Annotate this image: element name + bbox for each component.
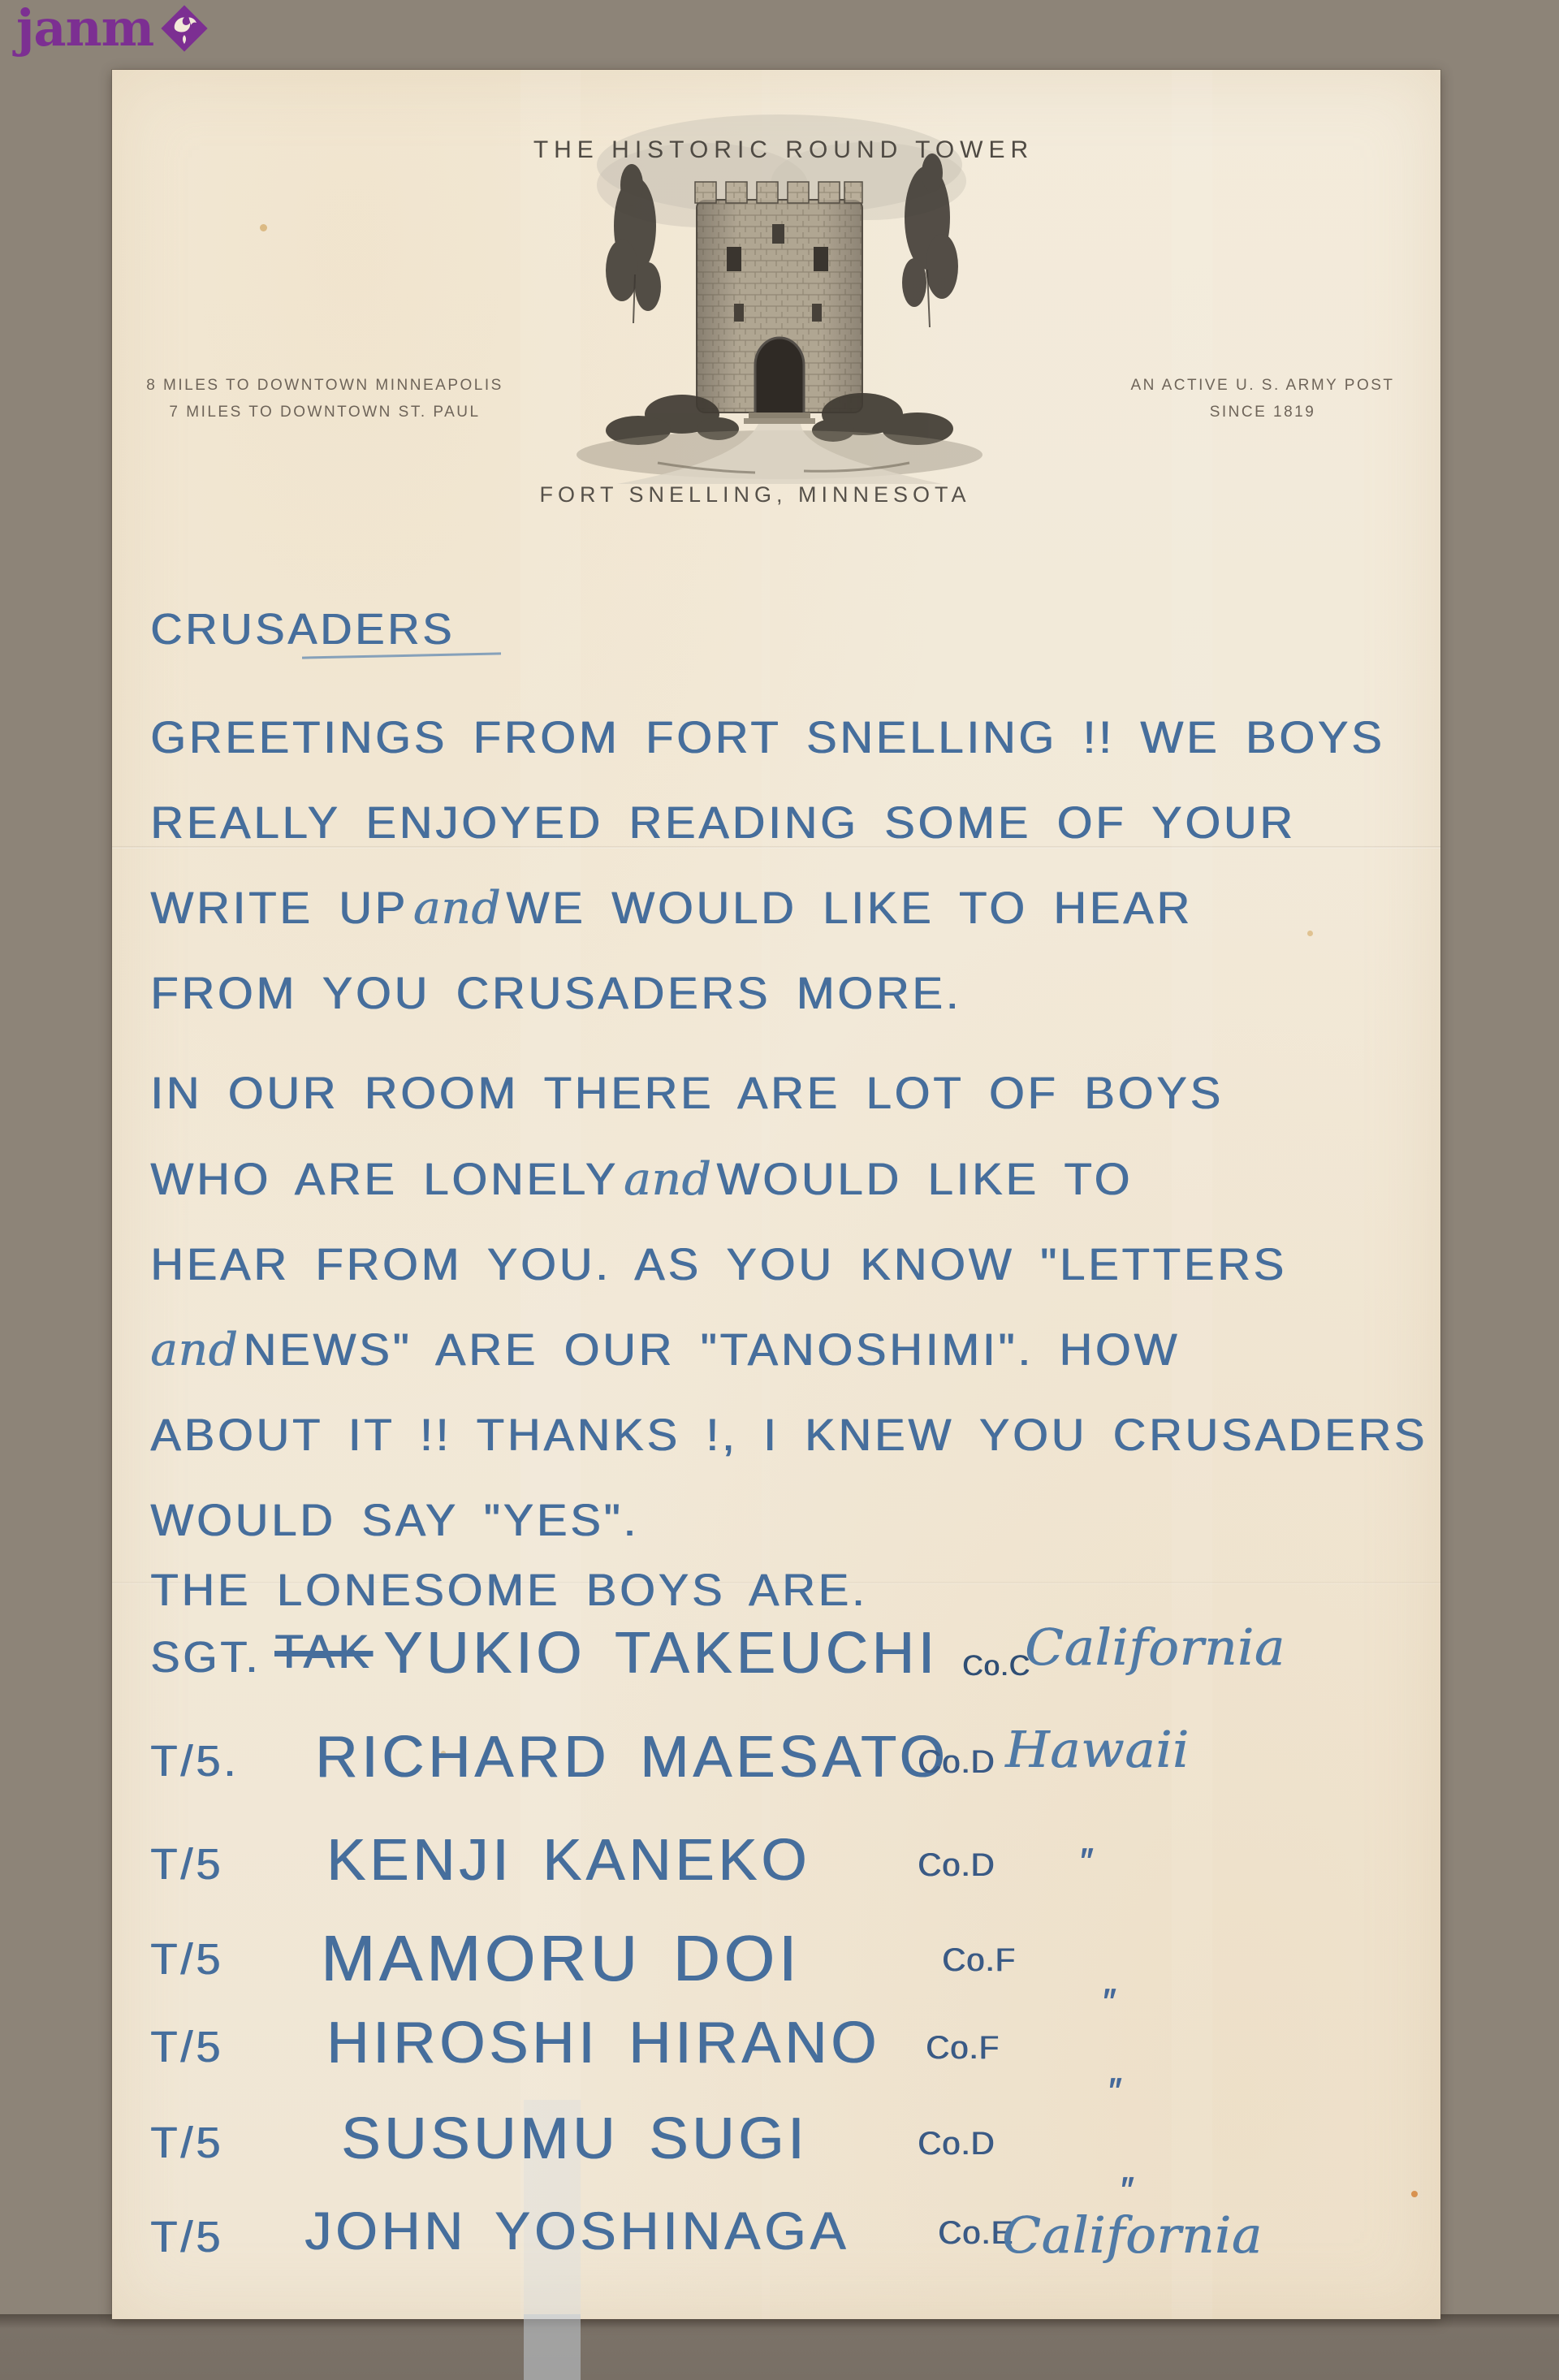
letter-line: ABOUT IT !! THANKS !, I KNEW YOU CRUSADE… xyxy=(150,1412,1427,1458)
roster-state-ditto: ″ xyxy=(1108,2072,1125,2110)
roster-company: Co.D xyxy=(918,2127,995,2160)
roster-state-ditto: ″ xyxy=(1103,1983,1119,2020)
roster-company: Co.C xyxy=(962,1652,1030,1680)
roster-row: T/5 JOHN YOSHINAGA Co.E California xyxy=(0,2204,1559,2306)
foxing-spot xyxy=(260,224,267,231)
janm-logo-text: janm xyxy=(16,3,153,54)
salutation: CRUSADERS xyxy=(150,607,455,651)
letterhead-armypost-line: SINCE 1819 xyxy=(1125,399,1401,425)
roster-company: Co.D xyxy=(918,1849,995,1881)
letter-line: WRITE UPandWE WOULD LIKE TO HEAR xyxy=(150,885,1193,931)
roster-state-ditto: ″ xyxy=(1080,1842,1096,1880)
janm-logo: janm xyxy=(16,3,209,54)
roster-state: California xyxy=(1002,2210,1263,2261)
roster-rank: T/5 xyxy=(150,1937,223,1981)
roster-rank: T/5. xyxy=(150,1739,239,1783)
letterhead-distance-line: 7 MILES TO DOWNTOWN ST. PAUL xyxy=(142,399,507,425)
letterhead-armypost-line: AN ACTIVE U. S. ARMY POST xyxy=(1125,372,1401,399)
roster-row: T/5 SUSUMU SUGI Co.D ″ xyxy=(0,2110,1559,2212)
tape-strip-below-paper xyxy=(524,2314,581,2380)
letterhead-title: THE HISTORIC ROUND TOWER xyxy=(503,136,1064,164)
roster-name: HIROSHI HIRANO xyxy=(326,2014,880,2072)
roster-state-ditto: ″ xyxy=(1121,2171,1137,2209)
letter-line: andNEWS" ARE OUR "TANOSHIMI". HOW xyxy=(150,1327,1180,1373)
roster-company: Co.D xyxy=(918,1746,995,1778)
roster-name: KENJI KANEKO xyxy=(326,1831,810,1890)
foxing-spot xyxy=(1307,931,1313,936)
roster-rank: T/5 xyxy=(150,1842,223,1886)
roster-rank: SGT. xyxy=(150,1635,261,1679)
letter-line: FROM YOU CRUSADERS MORE. xyxy=(150,970,961,1016)
roster-name: YUKIO TAKEUCHI xyxy=(383,1624,938,1682)
roster-struck-name: TAK xyxy=(274,1629,373,1676)
roster-rank: T/5 xyxy=(150,2121,223,2165)
roster-company: Co.F xyxy=(926,2032,1000,2064)
letter-line: GREETINGS FROM FORT SNELLING !! WE BOYS xyxy=(150,715,1384,760)
mat-bottom-shadow xyxy=(0,2314,1559,2380)
letter-line: THE LONESOME BOYS ARE. xyxy=(150,1567,867,1613)
roster-state: Hawaii xyxy=(1005,1725,1190,1775)
letter-line: IN OUR ROOM THERE ARE LOT OF BOYS xyxy=(150,1070,1224,1116)
roster-name: JOHN YOSHINAGA xyxy=(304,2204,849,2257)
letter-line: REALLY ENJOYED READING SOME OF YOUR xyxy=(150,800,1296,845)
roster-rank: T/5 xyxy=(150,2215,223,2259)
letter-line: WOULD SAY "YES". xyxy=(150,1497,639,1543)
letterhead-armypost-note: AN ACTIVE U. S. ARMY POST SINCE 1819 xyxy=(1125,372,1401,426)
roster-rank: T/5 xyxy=(150,2025,223,2069)
roster-row: T/5 KENJI KANEKO Co.D ″ xyxy=(0,1831,1559,1933)
scan-background: janm THE HISTORIC ROUND TOWER xyxy=(0,0,1559,2380)
letter-line: WHO ARE LONELYandWOULD LIKE TO xyxy=(150,1156,1133,1203)
letter-line: HEAR FROM YOU. AS YOU KNOW "LETTERS xyxy=(150,1242,1287,1287)
roster-row: SGT. TAK YUKIO TAKEUCHI Co.C California xyxy=(0,1624,1559,1726)
letterhead-distance-line: 8 MILES TO DOWNTOWN MINNEAPOLIS xyxy=(142,372,507,399)
roster-row: T/5. RICHARD MAESATO Co.D Hawaii xyxy=(0,1728,1559,1830)
janm-crest-icon xyxy=(160,4,209,53)
roster-name: MAMORU DOI xyxy=(321,1926,801,1991)
letterhead-place: FORT SNELLING, MINNESOTA xyxy=(471,482,1039,508)
roster-name: SUSUMU SUGI xyxy=(341,2110,808,2168)
roster-row: T/5 HIROSHI HIRANO Co.F ″ xyxy=(0,2014,1559,2116)
letterhead-distance-note: 8 MILES TO DOWNTOWN MINNEAPOLIS 7 MILES … xyxy=(142,372,507,426)
roster-company: Co.F xyxy=(942,1944,1016,1976)
roster-name: RICHARD MAESATO xyxy=(315,1728,948,1786)
roster-state: California xyxy=(1025,1622,1285,1673)
